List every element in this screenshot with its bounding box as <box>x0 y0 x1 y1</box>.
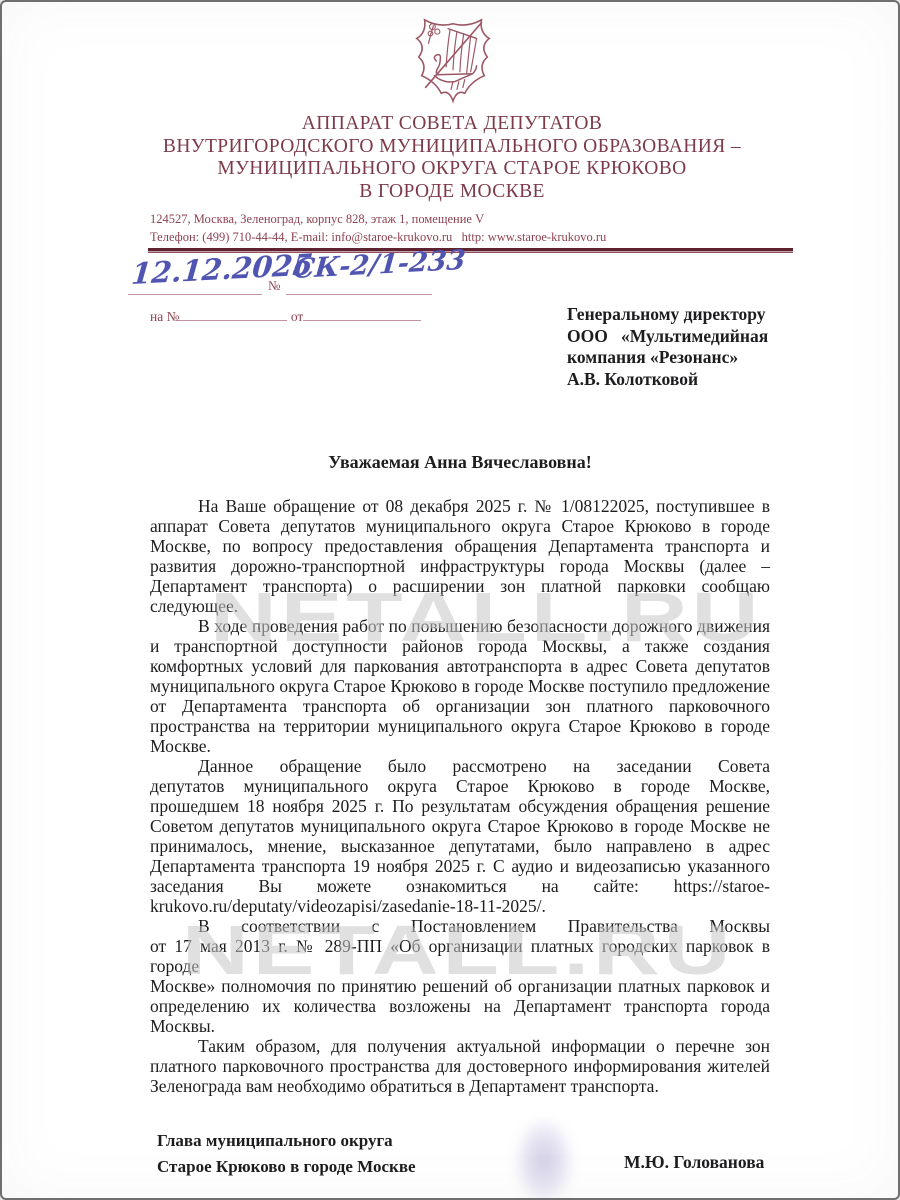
text-line: На Ваше обращение от 08 декабря 2025 г. … <box>150 496 770 516</box>
text-line: Департамент транспорта) о расширении зон… <box>150 576 770 596</box>
reg-number-underline <box>286 294 432 295</box>
text-line: муниципального округа Старое Крюково в г… <box>150 676 770 696</box>
addressee-line: ООО «Мультимедийная <box>567 326 799 348</box>
contact-line: 124527, Москва, Зеленоград, корпус 828, … <box>150 210 606 228</box>
paragraph: На Ваше обращение от 08 декабря 2025 г. … <box>150 496 770 616</box>
na-blank <box>179 307 287 321</box>
text-line: от Департамента транспорта об организаци… <box>150 696 770 716</box>
text-line: платного парковочного пространства для д… <box>150 1056 770 1076</box>
ot-blank <box>303 307 421 321</box>
text-line: Департамента транспорта 19 ноября 2025 г… <box>150 856 770 876</box>
text-line: развития дорожно-транспортной инфраструк… <box>150 556 770 576</box>
org-title-line: АППАРАТ СОВЕТА ДЕПУТАТОВ <box>12 113 892 136</box>
ot-label: от <box>291 309 303 324</box>
text-line: депутатов муниципального округа Старое К… <box>150 776 770 796</box>
text-line: Москве, по вопросу предоставления обраще… <box>150 536 770 556</box>
text-line: В соответствии с Постановлением Правител… <box>150 916 770 936</box>
letter-body: На Ваше обращение от 08 декабря 2025 г. … <box>150 496 770 1096</box>
paragraph: В ходе проведения работ по повышению без… <box>150 616 770 756</box>
letter-page: АППАРАТ СОВЕТА ДЕПУТАТОВВНУТРИГОРОДСКОГО… <box>0 0 900 1200</box>
coat-of-arms-icon <box>404 10 502 110</box>
number-sign: № <box>268 278 280 294</box>
salutation: Уважаемая Анна Вячеславовна! <box>150 452 770 473</box>
reg-date-handwritten: 12.12.2025 <box>130 247 314 291</box>
reg-date-underline <box>128 294 262 295</box>
paragraph: В соответствии с Постановлением Правител… <box>150 916 770 1036</box>
addressee-line: компания «Резонанс» <box>567 347 799 369</box>
org-title: АППАРАТ СОВЕТА ДЕПУТАТОВВНУТРИГОРОДСКОГО… <box>12 113 892 203</box>
text-line: и транспортной доступности районов город… <box>150 636 770 656</box>
text-line: прошедшем 18 ноября 2025 г. По результат… <box>150 796 770 816</box>
paragraph: Таким образом, для получения актуальной … <box>150 1036 770 1096</box>
text-line: Москве. <box>150 736 770 756</box>
text-line: Советом депутатов муниципального округа … <box>150 816 770 836</box>
text-line: заседания Вы можете ознакомиться на сайт… <box>150 876 770 896</box>
ref-line: на № от <box>150 307 421 325</box>
contact-line: Телефон: (499) 710-44-44, E-mail: info@s… <box>150 228 606 246</box>
text-line: от 17 мая 2013 г. № 289-ПП «Об организац… <box>150 936 770 976</box>
text-line: пространства на территории муниципальног… <box>150 716 770 736</box>
text-line: принималось, мнение, высказанное депутат… <box>150 836 770 856</box>
text-line: Зеленограда вам необходимо обратиться в … <box>150 1076 770 1096</box>
text-line: В ходе проведения работ по повышению без… <box>150 616 770 636</box>
text-line: аппарат Совета депутатов муниципального … <box>150 516 770 536</box>
paragraph: Данное обращение было рассмотрено на зас… <box>150 756 770 916</box>
text-line: следующее. <box>150 596 770 616</box>
text-line: Москвы. <box>150 1016 770 1036</box>
text-line: определению их количества возложены на Д… <box>150 996 770 1016</box>
text-line: Таким образом, для получения актуальной … <box>150 1036 770 1056</box>
signature-title-line: Старое Крюково в городе Москве <box>157 1154 416 1180</box>
na-label: на № <box>150 309 179 324</box>
addressee-block: Генеральному директоруООО «Мультимедийна… <box>567 304 799 390</box>
signature-smudge <box>516 1120 572 1200</box>
signature-title-line: Глава муниципального округа <box>157 1128 416 1154</box>
addressee-line: А.В. Колотковой <box>567 369 799 391</box>
addressee-line: Генеральному директору <box>567 304 799 326</box>
contact-info: 124527, Москва, Зеленоград, корпус 828, … <box>150 210 606 246</box>
signature-name: М.Ю. Голованова <box>624 1152 764 1173</box>
text-line: krukovo.ru/deputaty/videozapisi/zasedani… <box>150 896 770 916</box>
text-line: Москве» полномочия по принятию решений о… <box>150 976 770 996</box>
org-title-line: МУНИЦИПАЛЬНОГО ОКРУГА СТАРОЕ КРЮКОВО <box>12 158 892 181</box>
org-title-line: В ГОРОДЕ МОСКВЕ <box>12 181 892 204</box>
text-line: Данное обращение было рассмотрено на зас… <box>150 756 770 776</box>
text-line: комфортных условий для паркования автотр… <box>150 656 770 676</box>
signature-title: Глава муниципального округаСтарое Крюков… <box>157 1128 416 1180</box>
org-title-line: ВНУТРИГОРОДСКОГО МУНИЦИПАЛЬНОГО ОБРАЗОВА… <box>12 136 892 159</box>
